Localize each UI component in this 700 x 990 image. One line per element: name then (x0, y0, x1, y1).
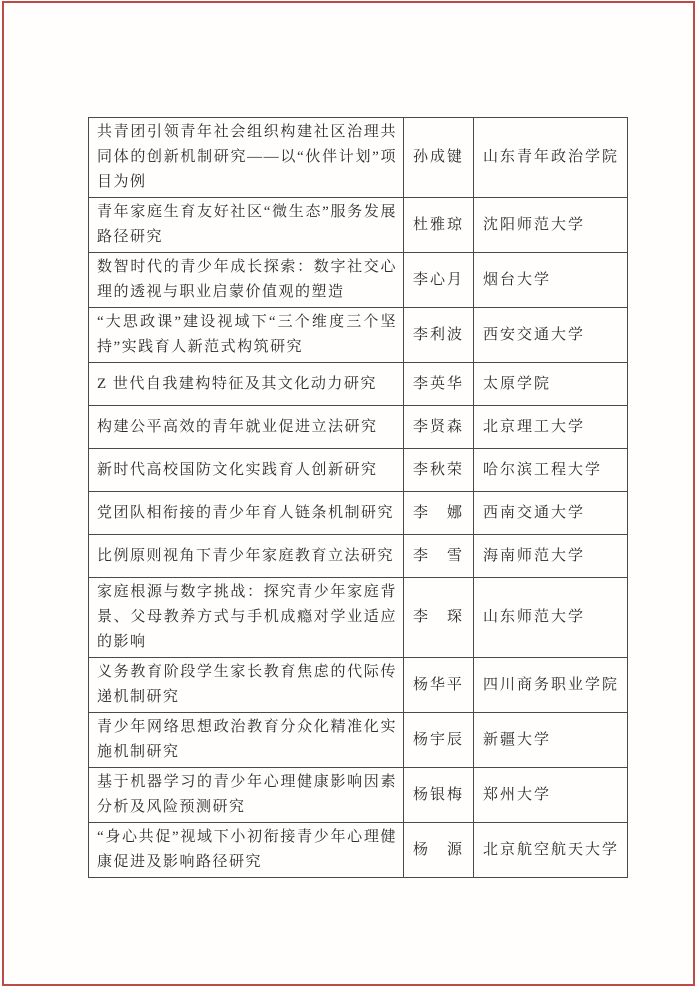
project-title-cell: 党团队相衔接的青少年育人链条机制研究 (89, 492, 404, 535)
table-row: 数智时代的青少年成长探索：数字社交心理的透视与职业启蒙价值观的塑造李心月烟台大学 (89, 253, 628, 308)
table-row: 比例原则视角下青少年家庭教育立法研究李 雪海南师范大学 (89, 535, 628, 578)
project-title-cell: 构建公平高效的青年就业促进立法研究 (89, 406, 404, 449)
project-title-cell: “身心共促”视域下小初衔接青少年心理健康促进及影响路径研究 (89, 823, 404, 878)
applicant-name-cell: 杨宇辰 (404, 713, 474, 768)
applicant-name-cell: 李 琛 (404, 578, 474, 658)
applicant-name-cell: 李英华 (404, 363, 474, 406)
institution-cell: 西南交通大学 (474, 492, 628, 535)
institution-cell: 海南师范大学 (474, 535, 628, 578)
project-title-cell: 比例原则视角下青少年家庭教育立法研究 (89, 535, 404, 578)
project-title-cell: 数智时代的青少年成长探索：数字社交心理的透视与职业启蒙价值观的塑造 (89, 253, 404, 308)
institution-cell: 郑州大学 (474, 768, 628, 823)
project-title-cell: 青年家庭生育友好社区“微生态”服务发展路径研究 (89, 198, 404, 253)
institution-cell: 烟台大学 (474, 253, 628, 308)
project-title-cell: 家庭根源与数字挑战：探究青少年家庭背景、父母教养方式与手机成瘾对学业适应的影响 (89, 578, 404, 658)
project-title-cell: 共青团引领青年社会组织构建社区治理共同体的创新机制研究——以“伙伴计划”项目为例 (89, 118, 404, 198)
applicant-name-cell: 李 雪 (404, 535, 474, 578)
institution-cell: 四川商务职业学院 (474, 658, 628, 713)
applicant-name-cell: 杜雅琼 (404, 198, 474, 253)
applicant-name-cell: 李心月 (404, 253, 474, 308)
table-row: “身心共促”视域下小初衔接青少年心理健康促进及影响路径研究杨 源北京航空航天大学 (89, 823, 628, 878)
institution-cell: 北京理工大学 (474, 406, 628, 449)
table-row: 基于机器学习的青少年心理健康影响因素分析及风险预测研究杨银梅郑州大学 (89, 768, 628, 823)
applicant-name-cell: 杨华平 (404, 658, 474, 713)
table-row: 家庭根源与数字挑战：探究青少年家庭背景、父母教养方式与手机成瘾对学业适应的影响李… (89, 578, 628, 658)
projects-table: 共青团引领青年社会组织构建社区治理共同体的创新机制研究——以“伙伴计划”项目为例… (88, 117, 628, 878)
institution-cell: 北京航空航天大学 (474, 823, 628, 878)
applicant-name-cell: 孙成键 (404, 118, 474, 198)
institution-cell: 沈阳师范大学 (474, 198, 628, 253)
table-row: 青年家庭生育友好社区“微生态”服务发展路径研究杜雅琼沈阳师范大学 (89, 198, 628, 253)
project-title-cell: Z 世代自我建构特征及其文化动力研究 (89, 363, 404, 406)
applicant-name-cell: 李 娜 (404, 492, 474, 535)
project-title-cell: “大思政课”建设视域下“三个维度三个坚持”实践育人新范式构筑研究 (89, 308, 404, 363)
table-row: 新时代高校国防文化实践育人创新研究李秋荣哈尔滨工程大学 (89, 449, 628, 492)
project-title-cell: 新时代高校国防文化实践育人创新研究 (89, 449, 404, 492)
projects-table-body: 共青团引领青年社会组织构建社区治理共同体的创新机制研究——以“伙伴计划”项目为例… (89, 118, 628, 878)
institution-cell: 太原学院 (474, 363, 628, 406)
institution-cell: 山东师范大学 (474, 578, 628, 658)
institution-cell: 哈尔滨工程大学 (474, 449, 628, 492)
table-row: Z 世代自我建构特征及其文化动力研究李英华太原学院 (89, 363, 628, 406)
applicant-name-cell: 杨 源 (404, 823, 474, 878)
table-row: 共青团引领青年社会组织构建社区治理共同体的创新机制研究——以“伙伴计划”项目为例… (89, 118, 628, 198)
institution-cell: 新疆大学 (474, 713, 628, 768)
applicant-name-cell: 杨银梅 (404, 768, 474, 823)
table-row: 青少年网络思想政治教育分众化精准化实施机制研究杨宇辰新疆大学 (89, 713, 628, 768)
project-title-cell: 义务教育阶段学生家长教育焦虑的代际传递机制研究 (89, 658, 404, 713)
project-title-cell: 青少年网络思想政治教育分众化精准化实施机制研究 (89, 713, 404, 768)
applicant-name-cell: 李秋荣 (404, 449, 474, 492)
table-row: “大思政课”建设视域下“三个维度三个坚持”实践育人新范式构筑研究李利波西安交通大… (89, 308, 628, 363)
institution-cell: 西安交通大学 (474, 308, 628, 363)
project-title-cell: 基于机器学习的青少年心理健康影响因素分析及风险预测研究 (89, 768, 404, 823)
table-row: 党团队相衔接的青少年育人链条机制研究李 娜西南交通大学 (89, 492, 628, 535)
institution-cell: 山东青年政治学院 (474, 118, 628, 198)
applicant-name-cell: 李贤森 (404, 406, 474, 449)
table-row: 义务教育阶段学生家长教育焦虑的代际传递机制研究杨华平四川商务职业学院 (89, 658, 628, 713)
applicant-name-cell: 李利波 (404, 308, 474, 363)
table-row: 构建公平高效的青年就业促进立法研究李贤森北京理工大学 (89, 406, 628, 449)
